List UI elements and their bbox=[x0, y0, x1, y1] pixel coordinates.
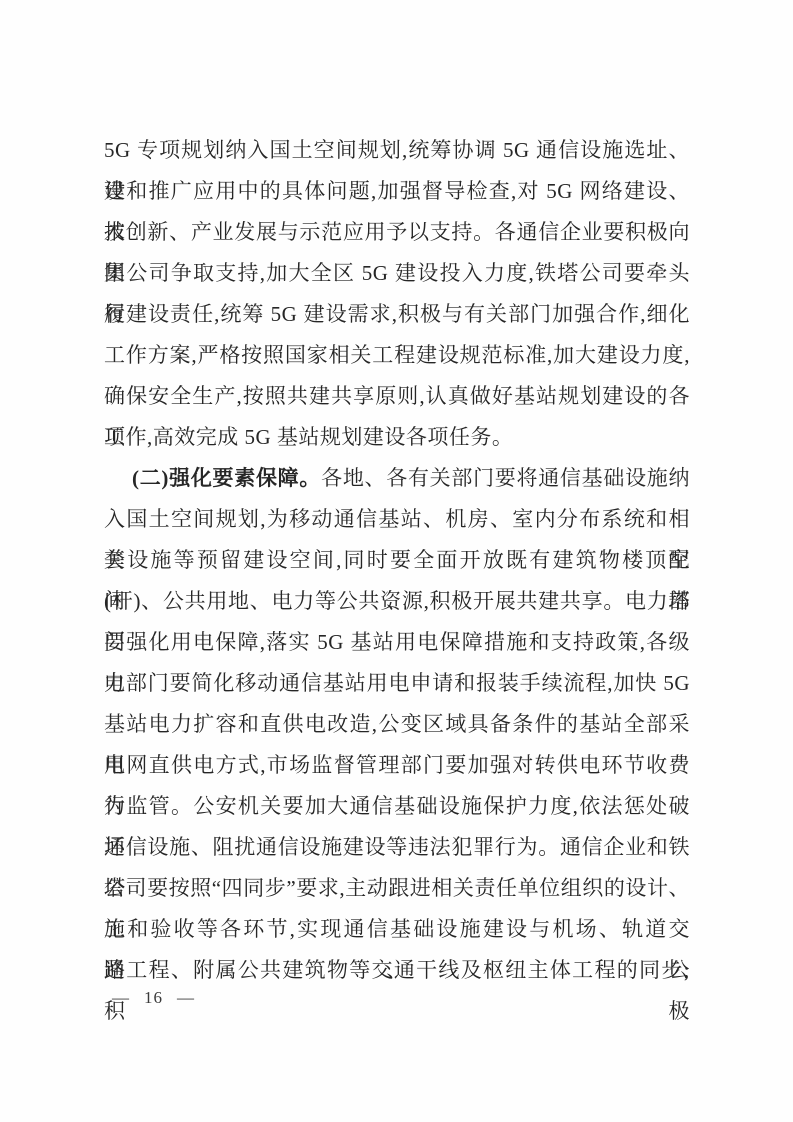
text-line: 套设施等预留建设空间,同时要全面开放既有建筑物楼顶空间、塔 bbox=[104, 540, 690, 581]
text-line: 确保安全生产,按照共建共享原则,认真做好基站规划建设的各项 bbox=[104, 376, 690, 417]
text-line: 为监管。公安机关要加大通信基础设施保护力度,依法惩处破坏 bbox=[104, 786, 690, 827]
text-line: 通信设施、阻扰通信设施建设等违法犯罪行为。通信企业和铁塔 bbox=[104, 827, 690, 868]
text-line: 路工程、附属公共建筑物等交通干线及枢纽主体工程的同步;积极 bbox=[104, 950, 690, 991]
text-line: 工作方案,严格按照国家相关工程建设规范标准,加大建设力度, bbox=[104, 335, 690, 376]
text-line: 电网直供电方式,市场监督管理部门要加强对转供电环节收费行 bbox=[104, 745, 690, 786]
text-line: 力部门要简化移动通信基站用电申请和报装手续流程,加快 5G bbox=[104, 663, 690, 704]
section-heading: (二)强化要素保障。 bbox=[132, 466, 321, 490]
text-line: 术创新、产业发展与示范应用予以支持。各通信企业要积极向集 bbox=[104, 212, 690, 253]
text-line: 行建设责任,统筹 5G 建设需求,积极与有关部门加强合作,细化 bbox=[104, 294, 690, 335]
text-line: 公司要按照“四同步”要求,主动跟进相关责任单位组织的设计、施 bbox=[104, 868, 690, 909]
document-body: 5G 专项规划纳入国土空间规划,统筹协调 5G 通信设施选址、建设和推广应用中的… bbox=[104, 130, 690, 991]
text-line: 基站电力扩容和直供电改造,公变区域具备条件的基站全部采用 bbox=[104, 704, 690, 745]
text-line: (二)强化要素保障。各地、各有关部门要将通信基础设施纳 bbox=[104, 458, 690, 499]
text-line: 5G 专项规划纳入国土空间规划,统筹协调 5G 通信设施选址、建 bbox=[104, 130, 690, 171]
text-line: 入国土空间规划,为移动通信基站、机房、室内分布系统和相关配 bbox=[104, 499, 690, 540]
footer-right-dash: — bbox=[177, 988, 195, 1008]
document-page: 5G 专项规划纳入国土空间规划,统筹协调 5G 通信设施选址、建设和推广应用中的… bbox=[0, 0, 793, 1122]
text-line: 设和推广应用中的具体问题,加强督导检查,对 5G 网络建设、技 bbox=[104, 171, 690, 212]
text-line: 要强化用电保障,落实 5G 基站用电保障措施和支持政策,各级电 bbox=[104, 622, 690, 663]
page-number: 16 bbox=[144, 988, 163, 1008]
footer-left-dash: — bbox=[112, 988, 130, 1008]
text-line: 工作,高效完成 5G 基站规划建设各项任务。 bbox=[104, 417, 690, 458]
text-line: 工和验收等各环节,实现通信基础设施建设与机场、轨道交通、公 bbox=[104, 909, 690, 950]
text-line: (杆)、公共用地、电力等公共资源,积极开展共建共享。电力部门 bbox=[104, 581, 690, 622]
text-line: 团公司争取支持,加大全区 5G 建设投入力度,铁塔公司要牵头履 bbox=[104, 253, 690, 294]
page-footer: —16— bbox=[112, 988, 195, 1008]
